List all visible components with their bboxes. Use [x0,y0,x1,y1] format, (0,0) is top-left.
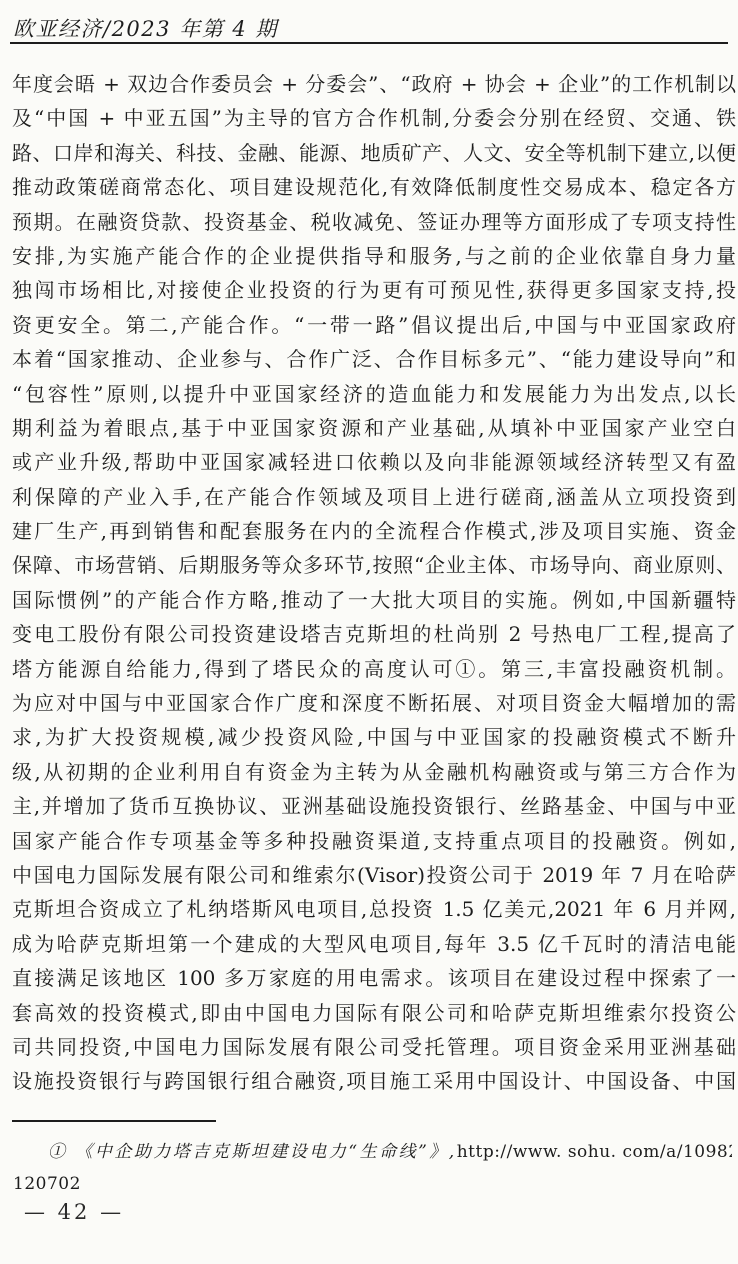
journal-page: 欧亚经济/2023 年第 4 期 年度会晤 + 双边合作委员会 + 分委会”、“… [0,0,738,1264]
body-line: “包容性”原则,以提升中亚国家经济的造血能力和发展能力为出发点,以长 [12,377,736,411]
body-line: 司共同投资,中国电力国际发展有限公司受托管理。项目资金采用亚洲基础 [12,1030,736,1064]
body-line: 国家产能合作专项基金等多种投融资渠道,支持重点项目的投融资。例如, [12,824,736,858]
body-line: 国际惯例”的产能合作方略,推动了一大批大项目的实施。例如,中国新疆特 [12,583,736,617]
body-line: 直接满足该地区 100 多万家庭的用电需求。该项目在建设过程中探索了一 [12,961,736,995]
body-line: 独闯市场相比,对接使企业投资的行为更有可预见性,获得更多国家支持,投 [12,273,736,307]
body-line: 成为哈萨克斯坦第一个建成的大型风电项目,每年 3.5 亿千瓦时的清洁电能 [12,927,736,961]
body-line: 求,为扩大投资规模,减少投资风险,中国与中亚国家的投融资模式不断升 [12,720,736,754]
header-rule [10,42,728,44]
body-line: 塔方能源自给能力,得到了塔民众的高度认可①。第三,丰富投融资机制。 [12,652,736,686]
footnote-url-part1: http://www. sohu. com/a/109827441_ [457,1142,732,1162]
body-line: 中国电力国际发展有限公司和维索尔(Visor)投资公司于 2019 年 7 月在… [12,858,736,892]
running-head-journal-title: 欧亚经济/2023 年第 4 期 [13,13,278,43]
body-line: 套高效的投资模式,即由中国电力国际有限公司和哈萨克斯坦维索尔投资公 [12,996,736,1030]
page-number: — 42 — [24,1200,124,1224]
body-line: 变电工股份有限公司投资建设塔吉克斯坦的杜尚别 2 号热电厂工程,提高了 [12,617,736,651]
body-line: 设施投资银行与跨国银行组合融资,项目施工采用中国设计、中国设备、中国 [12,1064,736,1098]
body-line: 年度会晤 + 双边合作委员会 + 分委会”、“政府 + 协会 + 企业”的工作机… [12,67,736,101]
body-line: 路、口岸和海关、科技、金融、能源、地质矿产、人文、安全等机制下建立,以便 [12,136,736,170]
body-line: 保障、市场营销、后期服务等众多环节,按照“企业主体、市场导向、商业原则、 [12,548,736,582]
body-line: 期利益为着眼点,基于中亚国家资源和产业基础,从填补中亚国家产业空白 [12,411,736,445]
body-line: 主,并增加了货币互换协议、亚洲基础设施投资银行、丝路基金、中国与中亚 [12,789,736,823]
footnote-url-part2: 120702 [12,1168,732,1200]
footnote-separator [12,1120,216,1122]
footnote: ① 《中企助力塔吉克斯坦建设电力“生命线”》,http://www. sohu.… [12,1136,732,1200]
body-line: 预期。在融资贷款、投资基金、税收减免、签证办理等方面形成了专项支持性 [12,205,736,239]
body-line: 安排,为实施产能合作的企业提供指导和服务,与之前的企业依靠自身力量 [12,239,736,273]
body-text: 年度会晤 + 双边合作委员会 + 分委会”、“政府 + 协会 + 企业”的工作机… [12,67,736,1099]
body-line: 利保障的产业入手,在产能合作领域及项目上进行磋商,涵盖从立项投资到 [12,480,736,514]
body-line: 克斯坦合资成立了札纳塔斯风电项目,总投资 1.5 亿美元,2021 年 6 月并… [12,892,736,926]
footnote-marker-and-title: ① 《中企助力塔吉克斯坦建设电力“生命线”》, [48,1142,457,1162]
body-line: 为应对中国与中亚国家合作广度和深度不断拓展、对项目资金大幅增加的需 [12,686,736,720]
body-line: 资更安全。第二,产能合作。“一带一路”倡议提出后,中国与中亚国家政府 [12,308,736,342]
body-line: 及“中国 + 中亚五国”为主导的官方合作机制,分委会分别在经贸、交通、铁 [12,101,736,135]
body-line: 建厂生产,再到销售和配套服务在内的全流程合作模式,涉及项目实施、资金 [12,514,736,548]
body-line: 本着“国家推动、企业参与、合作广泛、合作目标多元”、“能力建设导向”和 [12,342,736,376]
body-line: 推动政策磋商常态化、项目建设规范化,有效降低制度性交易成本、稳定各方 [12,170,736,204]
body-line: 或产业升级,帮助中亚国家减轻进口依赖以及向非能源领域经济转型又有盈 [12,445,736,479]
footnote-line-1: ① 《中企助力塔吉克斯坦建设电力“生命线”》,http://www. sohu.… [12,1136,732,1168]
body-line: 级,从初期的企业利用自有资金为主转为从金融机构融资或与第三方合作为 [12,755,736,789]
